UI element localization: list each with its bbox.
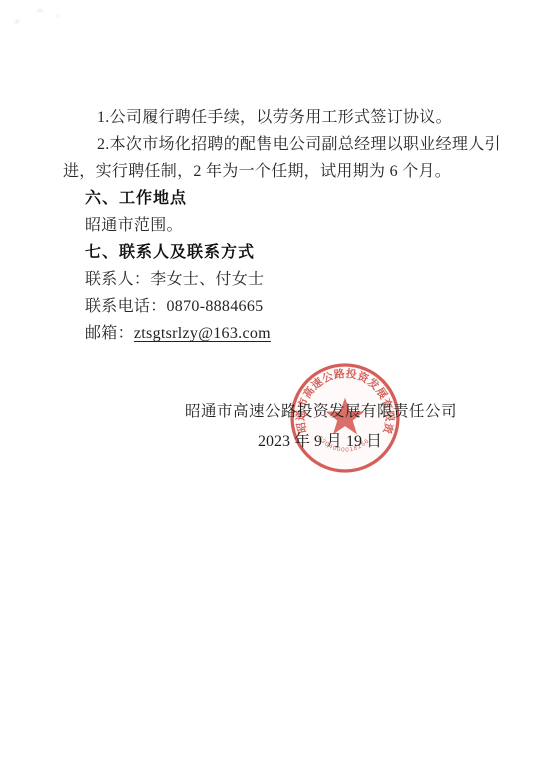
signature-date: 2023 年 9 月 19 日 <box>235 428 405 451</box>
work-location-text: 昭通市范围。 <box>63 212 487 239</box>
scan-artifact <box>38 9 42 12</box>
scan-artifact <box>14 19 21 24</box>
document-page: 1.公司履行聘任手续，以劳务用工形式签订协议。 2.本次市场化招聘的配售电公司副… <box>0 0 550 777</box>
email-label: 邮箱： <box>85 325 134 342</box>
contact-person-text: 联系人：李女士、付女士 <box>63 266 487 293</box>
clause-2-line-2: 进，实行聘任制，2 年为一个任期，试用期为 6 个月。 <box>63 158 487 185</box>
scan-artifact <box>56 15 59 17</box>
email-link[interactable]: ztsgtsrlzy@163.com <box>134 325 271 342</box>
signature-company-name: 昭通市高速公路投资发展有限责任公司 <box>0 399 457 421</box>
section-6-heading: 六、工作地点 <box>63 185 487 212</box>
section-7-heading: 七、联系人及联系方式 <box>63 239 487 266</box>
clause-1: 1.公司履行聘任手续，以劳务用工形式签订协议。 <box>63 104 487 131</box>
document-body: 1.公司履行聘任手续，以劳务用工形式签订协议。 2.本次市场化招聘的配售电公司副… <box>63 104 487 347</box>
contact-phone-text: 联系电话：0870-8884665 <box>63 293 487 320</box>
clause-2-line-1: 2.本次市场化招聘的配售电公司副总经理以职业经理人引 <box>63 131 487 158</box>
email-line: 邮箱：ztsgtsrlzy@163.com <box>63 320 487 347</box>
